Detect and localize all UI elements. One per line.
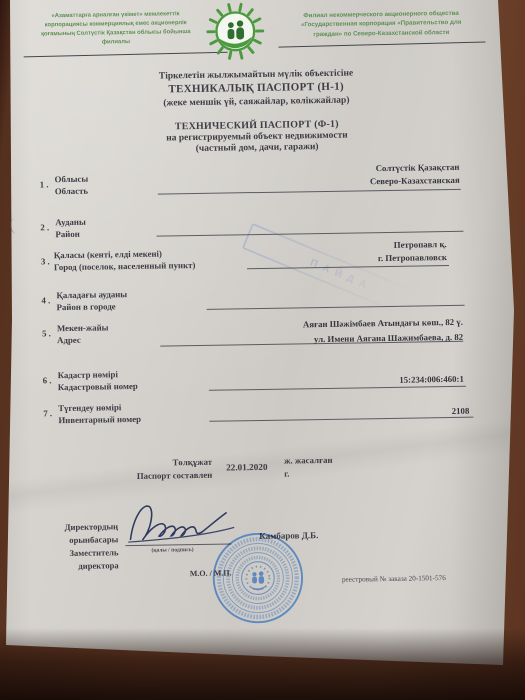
field-label-ru: Район [55, 228, 86, 240]
field-label-kk: Ауданы [55, 217, 86, 229]
field-number: 4 . [41, 295, 50, 305]
signer-role-line: директора [34, 559, 119, 573]
field-value-ru: ул. Имени Аягана Шажимбаева, д. 82 [303, 330, 463, 348]
field-underline [158, 189, 461, 195]
field-label-ru: Инвентарный номер [58, 413, 141, 426]
signer-role-line: орынбасары [33, 533, 118, 547]
field-label-kk: Қаладағы ауданы [56, 289, 127, 302]
field-value-ru: Северо-Казахстанская [370, 174, 460, 188]
signer-role-line: Директордың [33, 520, 118, 534]
header-rule-right [279, 42, 486, 48]
letterhead-kazakh: «Азаматтарға арналған үкімет» мемлекетті… [23, 10, 209, 49]
field-number: 1 . [40, 179, 49, 189]
signer-role-label: Директордың орынбасары Заместитель дирек… [33, 520, 119, 573]
field-label-ru: Кадастровый номер [58, 380, 138, 393]
field-value-kk: Петропавл қ. [378, 238, 447, 252]
field-value-kk [399, 360, 464, 374]
government-for-citizens-logo-icon [206, 2, 265, 61]
field-label-ru: Область [55, 185, 89, 197]
field-label-ru: Город (поселок, населенный пункт) [54, 260, 196, 274]
composed-label-ru: Паспорт составлен [92, 469, 212, 484]
passport-composed-date: 22.01.2020 [226, 462, 267, 473]
field-underline [209, 417, 473, 422]
field-number: 7 . [43, 408, 52, 418]
field-label-ru: Адрес [57, 334, 109, 346]
composed-suffix-kk: ж. жасалған [284, 454, 333, 468]
field-number: 3 . [41, 256, 50, 266]
round-seal-stamp [209, 529, 306, 626]
field-label-kk: Мекен-жайы [57, 322, 109, 334]
document-content: «Азаматтарға арналған үкімет» мемлекетті… [0, 0, 525, 700]
field-row-inventar: 7 . Түгендеу нөмірі Инвентарный номер 21… [1, 387, 525, 443]
field-label-kk: Облысы [55, 174, 89, 186]
field-value-kk [451, 392, 469, 405]
passport-composed-label: Төлқұжат Паспорт составлен [92, 456, 212, 484]
field-value-ru: 15:234:006:460:1 [399, 373, 464, 387]
signer-role-line: Заместитель [33, 546, 118, 560]
field-label-ru: Район в городе [57, 301, 128, 314]
composed-suffix-ru: г. [284, 467, 333, 481]
field-value-ru: г. Петропавловск [378, 251, 447, 265]
letterhead-russian: Филиал некоммерческого акционерного обще… [282, 9, 480, 40]
registry-order-note: реестровый № заказа 20-1501-576 [342, 574, 446, 584]
photo-of-technical-passport: «Азаматтарға арналған үкімет» мемлекетті… [0, 0, 525, 700]
header-rule-left [24, 52, 228, 58]
field-number: 2 . [40, 222, 49, 232]
field-number: 6 . [43, 375, 52, 385]
field-number: 5 . [42, 328, 51, 338]
passport-composed-suffix: ж. жасалған г. [284, 454, 333, 481]
field-underline [247, 265, 449, 269]
field-value-ru: 2108 [452, 405, 470, 418]
